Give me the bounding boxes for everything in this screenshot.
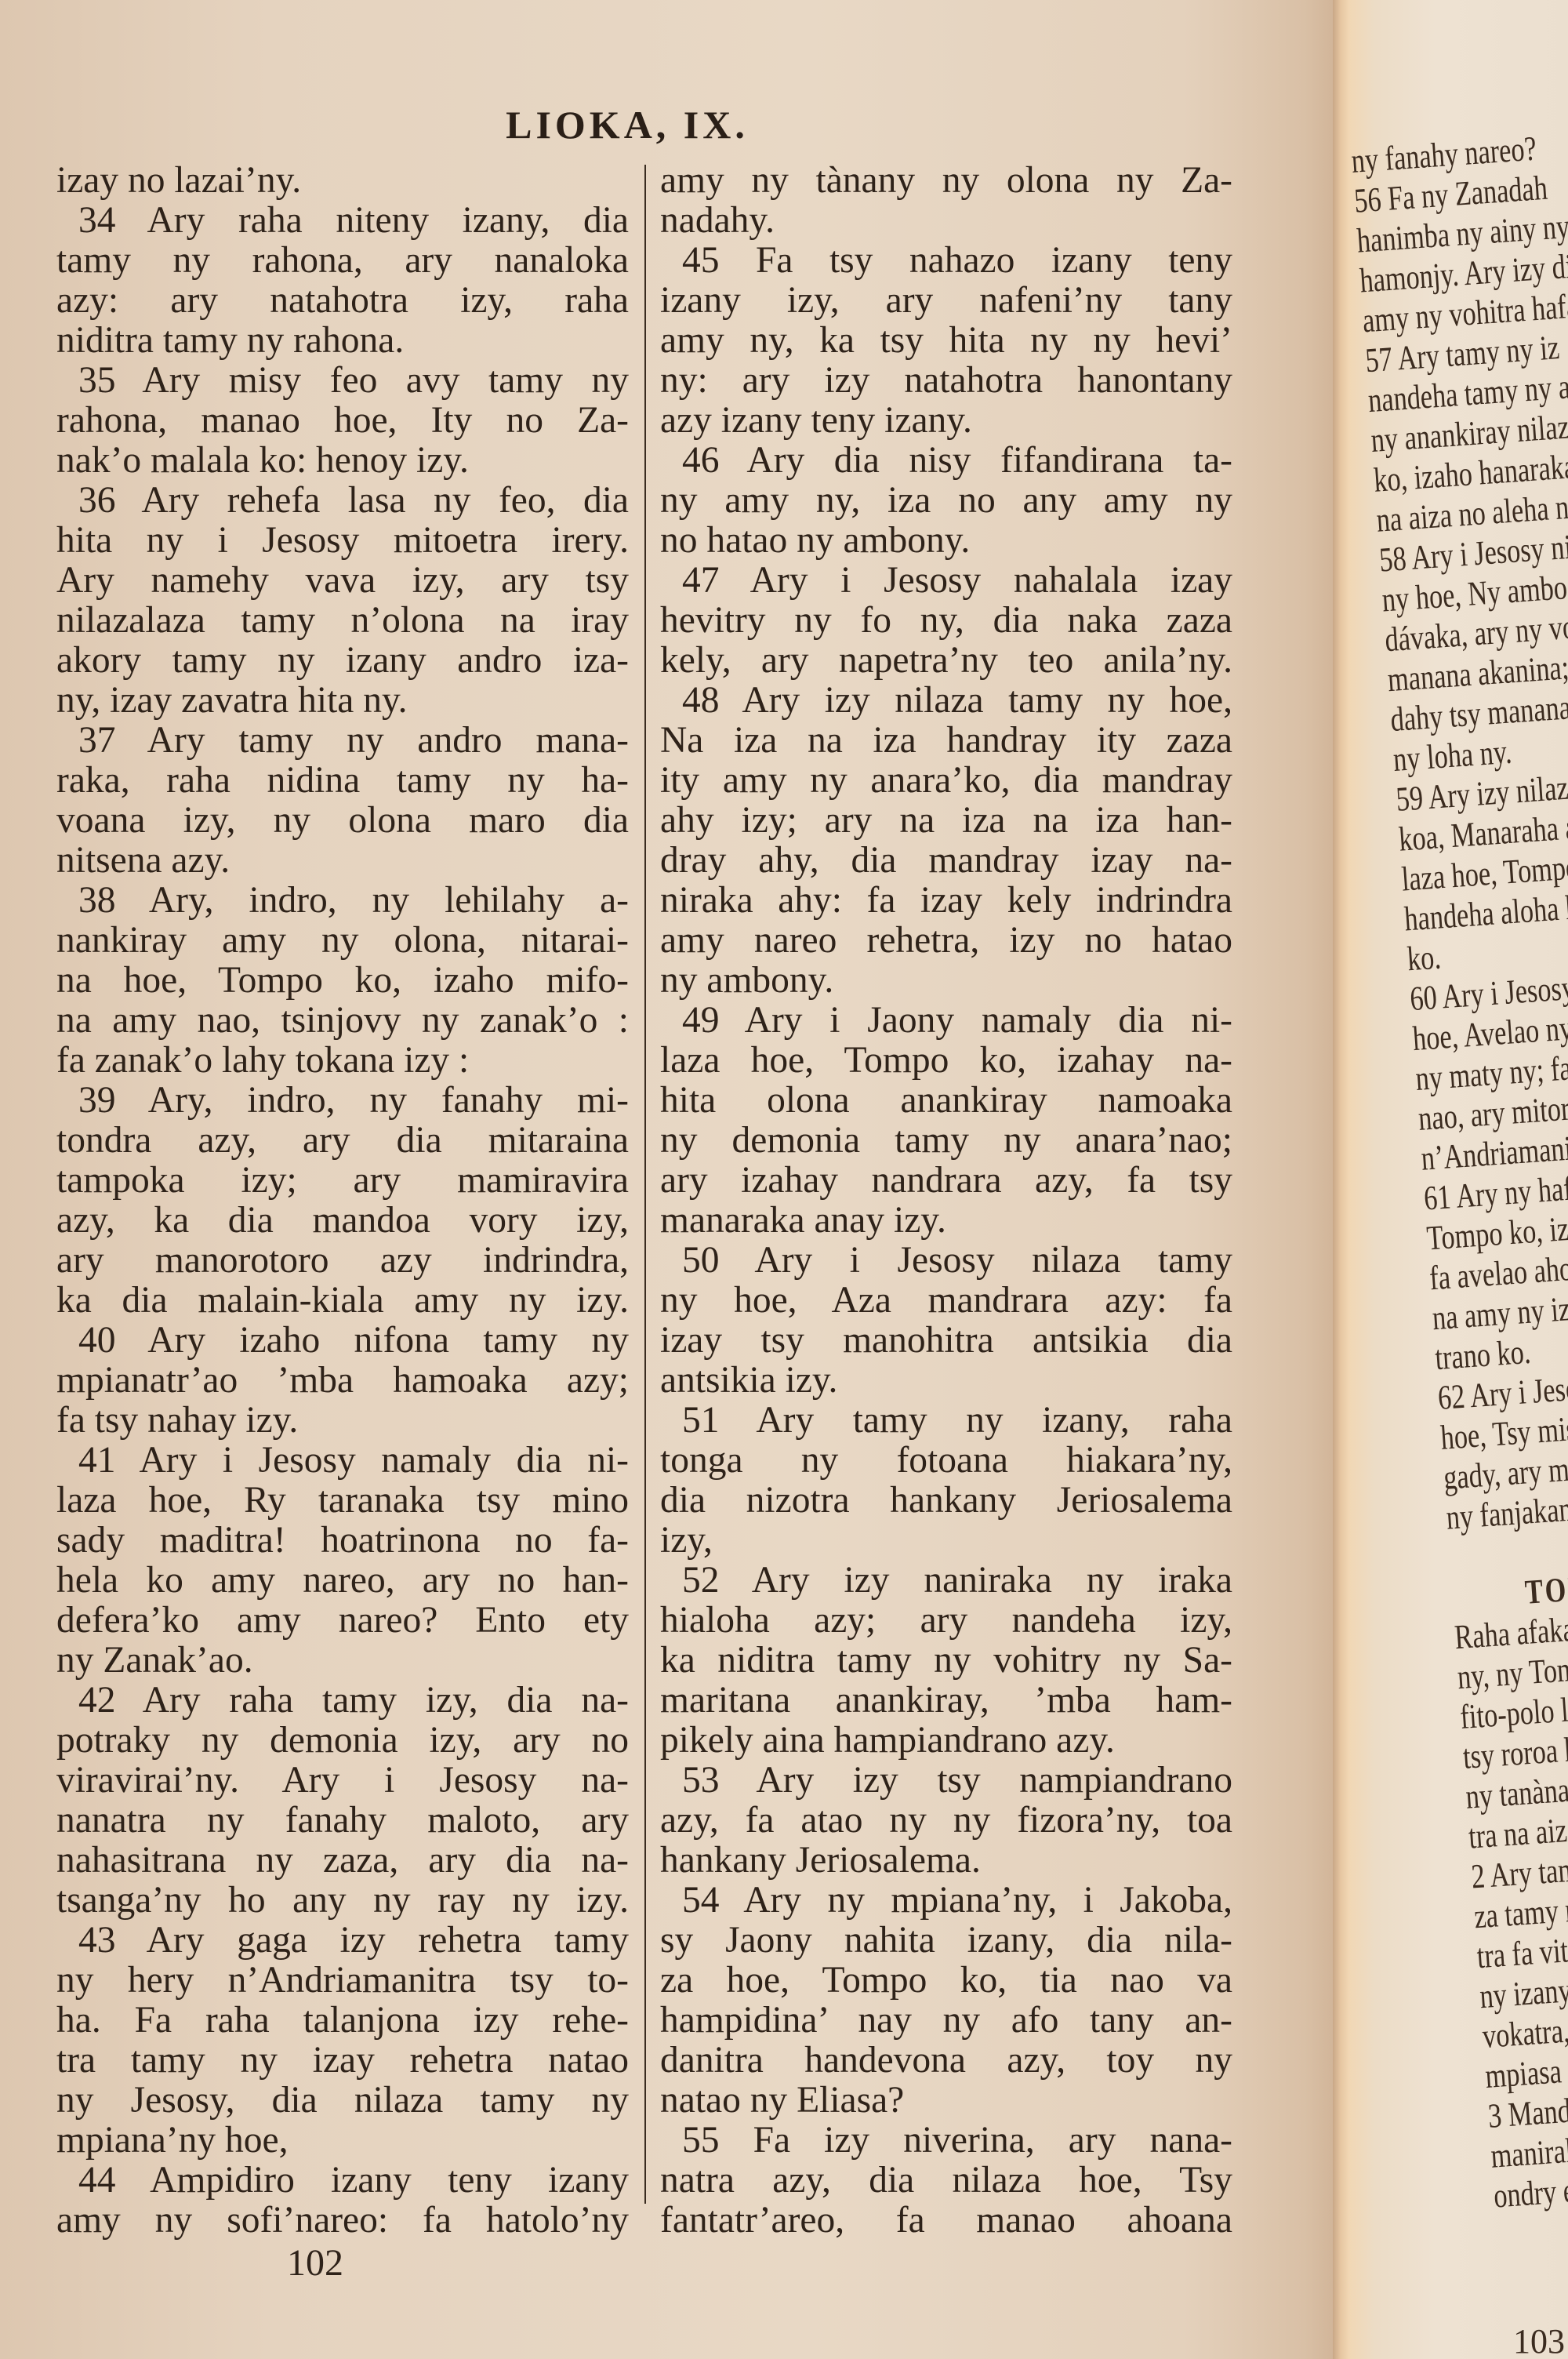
text-line: 47 Ary i Jesosy nahalala izay [660, 561, 1232, 601]
text-line: tamy ny rahona, ary nanaloka [56, 241, 629, 281]
text-line: 36 Ary rehefa lasa ny feo, dia [56, 481, 629, 521]
text-line: 49 Ary i Jaony namaly dia ni- [660, 1001, 1232, 1041]
text-line: 51 Ary tamy ny izany, raha [660, 1401, 1232, 1441]
text-line: manaraka anay izy. [660, 1201, 1232, 1241]
text-line: ny hery n’Andriamanitra tsy to- [56, 1961, 629, 2001]
text-line: 50 Ary i Jesosy nilaza tamy [660, 1241, 1232, 1281]
text-line: ny: ary izy natahotra hanontany [660, 361, 1232, 401]
text-line: mpianatr’ao ’mba hamoaka azy; [56, 1361, 629, 1401]
text-line: raka, raha nidina tamy ny ha- [56, 761, 629, 801]
text-line: viravirai’ny. Ary i Jesosy na- [56, 1761, 629, 1801]
text-line: amy ny, ka tsy hita ny ny hevi’ [660, 321, 1232, 361]
text-line: amy ny sofi’nareo: fa hatolo’ny [56, 2201, 629, 2241]
text-line: ity amy ny anara’ko, dia mandray [660, 761, 1232, 801]
text-line: izany izy, ary nafeni’ny tany [660, 281, 1232, 321]
text-line: sy Jaony nahita izany, dia nila- [660, 1921, 1232, 1961]
text-line: 39 Ary, indro, ny fanahy mi- [56, 1081, 629, 1121]
text-line: 43 Ary gaga izy rehetra tamy [56, 1921, 629, 1961]
text-line: laza hoe, Tompo ko, izahay na- [660, 1041, 1232, 1081]
text-line: pikely aina hampiandrano azy. [660, 1721, 1232, 1761]
facing-page-number: 103 [1513, 2321, 1565, 2359]
text-line: hampidina’ nay ny afo tany an- [660, 2001, 1232, 2041]
text-line: amy ny tànany ny olona ny Za- [660, 161, 1232, 201]
text-line: izay no lazai’ny. [56, 161, 629, 201]
text-line: nitsena azy. [56, 841, 629, 881]
text-line: ny ambony. [660, 961, 1232, 1001]
text-line: ary manorotoro azy indrindra, [56, 1241, 629, 1281]
text-line: nahasitrana ny zaza, ary dia na- [56, 1841, 629, 1881]
text-line: azy, fa atao ny ny fizora’ny, toa [660, 1801, 1232, 1841]
text-line: 55 Fa izy niverina, ary nana- [660, 2121, 1232, 2161]
book-gutter [1333, 0, 1348, 2359]
text-line: izay tsy manohitra antsikia dia [660, 1321, 1232, 1361]
text-line: 41 Ary i Jesosy namaly dia ni- [56, 1441, 629, 1481]
text-line: ka niditra tamy ny vohitry ny Sa- [660, 1641, 1232, 1681]
text-line: 46 Ary dia nisy fifandirana ta- [660, 441, 1232, 481]
text-line: maritana anankiray, ’mba ham- [660, 1681, 1232, 1721]
text-line: mpiana’ny hoe, [56, 2121, 629, 2161]
text-line: sady maditra! hoatrinona no fa- [56, 1521, 629, 1561]
text-line: hita ny i Jesosy mitoetra irery. [56, 521, 629, 561]
text-line: natra azy, dia nilaza hoe, Tsy [660, 2161, 1232, 2201]
text-line: amy nareo rehetra, izy no hatao [660, 921, 1232, 961]
text-line: natao ny Eliasa? [660, 2081, 1232, 2121]
text-line: nanatra ny fanahy maloto, ary [56, 1801, 629, 1841]
text-line: tra tamy ny izay rehetra natao [56, 2041, 629, 2081]
text-line: ka dia malain-kiala amy ny izy. [56, 1281, 629, 1321]
text-line: azy izany teny izany. [660, 401, 1232, 441]
text-line: azy: ary natahotra izy, raha [56, 281, 629, 321]
text-line: ary izahay nandrara azy, fa tsy [660, 1161, 1232, 1201]
text-line: izy, [660, 1521, 1232, 1561]
text-line: hita olona anankiray namoaka [660, 1081, 1232, 1121]
text-line: akory tamy ny izany andro iza- [56, 641, 629, 681]
running-head: LIOKA, IX. [0, 102, 1254, 147]
text-line: rahona, manao hoe, Ity no Za- [56, 401, 629, 441]
text-line: na hoe, Tompo ko, izaho mifo- [56, 961, 629, 1001]
text-line: ha. Fa raha talanjona izy rehe- [56, 2001, 629, 2041]
text-line: nak’o malala ko: henoy izy. [56, 441, 629, 481]
text-line: 34 Ary raha niteny izany, dia [56, 201, 629, 241]
text-line: dray ahy, dia mandray izay na- [660, 841, 1232, 881]
text-line: 52 Ary izy naniraka ny iraka [660, 1561, 1232, 1601]
text-line: Ary namehy vava izy, ary tsy [56, 561, 629, 601]
page-number: 102 [0, 2241, 630, 2284]
text-line: niraka ahy: fa izay kely indrindra [660, 881, 1232, 921]
text-line: ny, izay zavatra hita ny. [56, 681, 629, 721]
text-line: laza hoe, Ry taranaka tsy mino [56, 1481, 629, 1521]
text-line: 44 Ampidiro izany teny izany [56, 2161, 629, 2201]
text-line: 53 Ary izy tsy nampiandrano [660, 1761, 1232, 1801]
text-line: fa zanak’o lahy tokana izy : [56, 1041, 629, 1081]
text-line: hela ko amy nareo, ary no han- [56, 1561, 629, 1601]
text-line: 37 Ary tamy ny andro mana- [56, 721, 629, 761]
text-line: danitra handevona azy, toy ny [660, 2041, 1232, 2081]
text-line: ny hoe, Aza mandrara azy: fa [660, 1281, 1232, 1321]
text-line: ny demonia tamy ny anara’nao; [660, 1121, 1232, 1161]
text-line: ahy izy; ary na iza na iza han- [660, 801, 1232, 841]
text-line: 54 Ary ny mpiana’ny, i Jakoba, [660, 1881, 1232, 1921]
text-line: fantatr’areo, fa manao ahoana [660, 2201, 1232, 2241]
text-line: 45 Fa tsy nahazo izany teny [660, 241, 1232, 281]
text-line: fa tsy nahay izy. [56, 1401, 629, 1441]
text-line: 48 Ary izy nilaza tamy ny hoe, [660, 681, 1232, 721]
text-line: ny Zanak’ao. [56, 1641, 629, 1681]
text-line: defera’ko amy nareo? Ento ety [56, 1601, 629, 1641]
text-line: tonga ny fotoana hiakara’ny, [660, 1441, 1232, 1481]
text-column-left: izay no lazai’ny.34 Ary raha niteny izan… [56, 161, 629, 2241]
text-line: 42 Ary raha tamy izy, dia na- [56, 1681, 629, 1721]
text-line: 35 Ary misy feo avy tamy ny [56, 361, 629, 401]
text-line: niditra tamy ny rahona. [56, 321, 629, 361]
text-line: hialoha azy; ary nandeha izy, [660, 1601, 1232, 1641]
text-line: ny Jesosy, dia nilaza tamy ny [56, 2081, 629, 2121]
text-line: kely, ary napetra’ny teo anila’ny. [660, 641, 1232, 681]
text-line: za hoe, Tompo ko, tia nao va [660, 1961, 1232, 2001]
text-line: 40 Ary izaho nifona tamy ny [56, 1321, 629, 1361]
text-line: azy, ka dia mandoa vory izy, [56, 1201, 629, 1241]
text-line: antsikia izy. [660, 1361, 1232, 1401]
text-line: potraky ny demonia izy, ary no [56, 1721, 629, 1761]
text-line: ny amy ny, iza no any amy ny [660, 481, 1232, 521]
text-line: nadahy. [660, 201, 1232, 241]
text-line: na amy nao, tsinjovy ny zanak’o : [56, 1001, 629, 1041]
text-line: Na iza na iza handray ity zaza [660, 721, 1232, 761]
text-column-right: amy ny tànany ny olona ny Za-nadahy.45 F… [660, 161, 1232, 2241]
text-line: hankany Jeriosalema. [660, 1841, 1232, 1881]
text-line: nilazalaza tamy n’olona na iray [56, 601, 629, 641]
text-line: tsanga’ny ho any ny ray ny izy. [56, 1881, 629, 1921]
text-line: 38 Ary, indro, ny lehilahy a- [56, 881, 629, 921]
text-line: voana izy, ny olona maro dia [56, 801, 629, 841]
text-line: tampoka izy; ary mamiravira [56, 1161, 629, 1201]
text-line: nankiray amy ny olona, nitarai- [56, 921, 629, 961]
text-line: hevitry ny fo ny, dia naka zaza [660, 601, 1232, 641]
column-divider [644, 165, 646, 2204]
text-line: tondra azy, ary dia mitaraina [56, 1121, 629, 1161]
text-line: dia nizotra hankany Jeriosalema [660, 1481, 1232, 1521]
text-line: no hatao ny ambony. [660, 521, 1232, 561]
